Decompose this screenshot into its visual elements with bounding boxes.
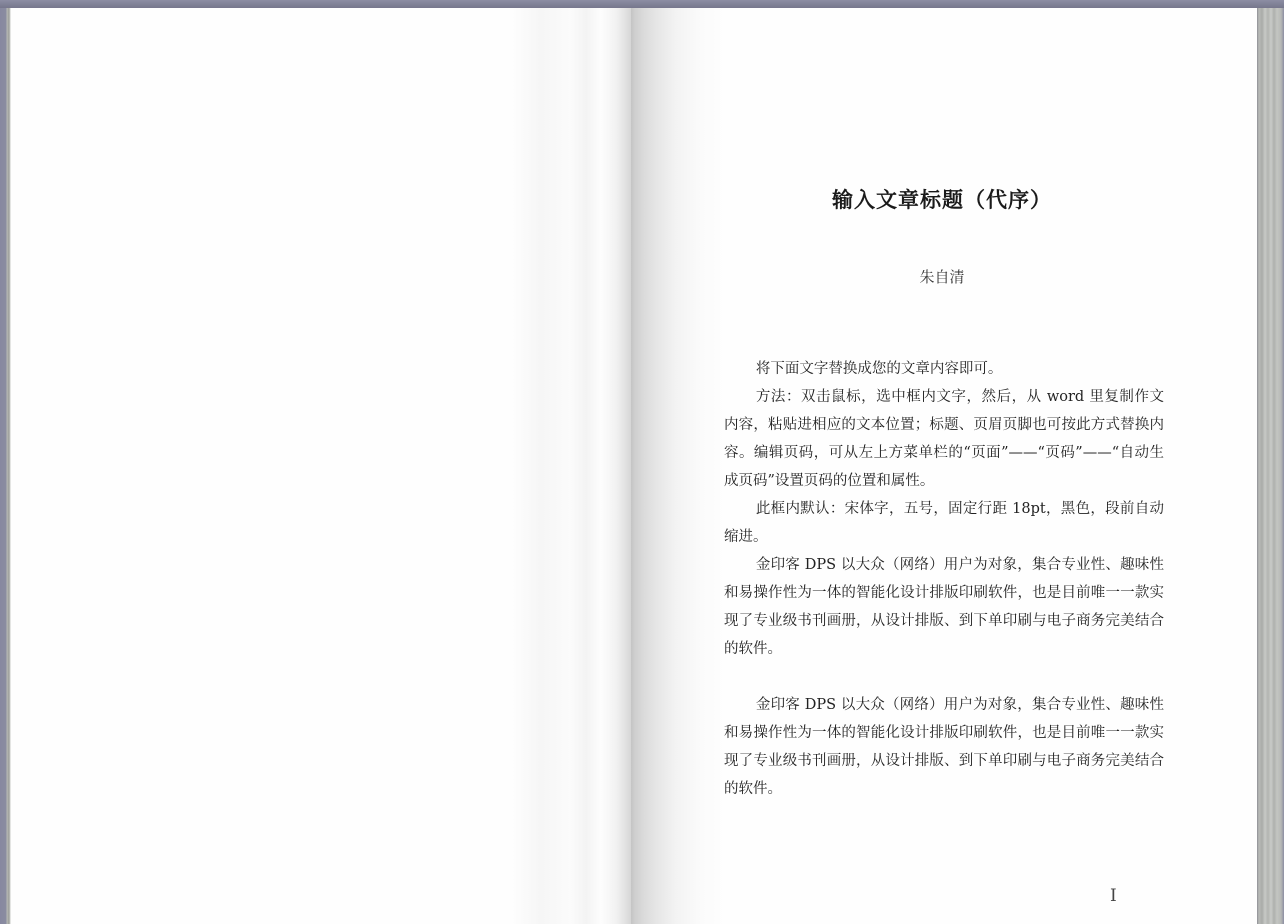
left-page[interactable] bbox=[11, 8, 631, 924]
viewer-top-bar bbox=[0, 0, 1284, 8]
paragraph[interactable]: 金印客 DPS 以大众（网络）用户为对象，集合专业性、趣味性和易操作性为一体的智… bbox=[724, 551, 1164, 663]
document-author[interactable]: 朱自清 bbox=[720, 266, 1164, 287]
paragraph[interactable]: 方法：双击鼠标，选中框内文字，然后，从 word 里复制作文内容，粘贴进相应的文… bbox=[724, 383, 1164, 495]
book-page-stack-edge[interactable] bbox=[1257, 8, 1284, 924]
document-body[interactable]: 将下面文字替换成您的文章内容即可。 方法：双击鼠标，选中框内文字，然后，从 wo… bbox=[724, 355, 1164, 803]
page-number: I bbox=[1110, 886, 1117, 906]
paragraph[interactable]: 此框内默认：宋体字，五号，固定行距 18pt，黑色，段前自动缩进。 bbox=[724, 495, 1164, 551]
book-left-edge bbox=[0, 8, 11, 924]
paragraph[interactable]: 将下面文字替换成您的文章内容即可。 bbox=[724, 355, 1164, 383]
document-title[interactable]: 输入文章标题（代序） bbox=[720, 184, 1164, 214]
paragraph[interactable]: 金印客 DPS 以大众（网络）用户为对象，集合专业性、趣味性和易操作性为一体的智… bbox=[724, 691, 1164, 803]
